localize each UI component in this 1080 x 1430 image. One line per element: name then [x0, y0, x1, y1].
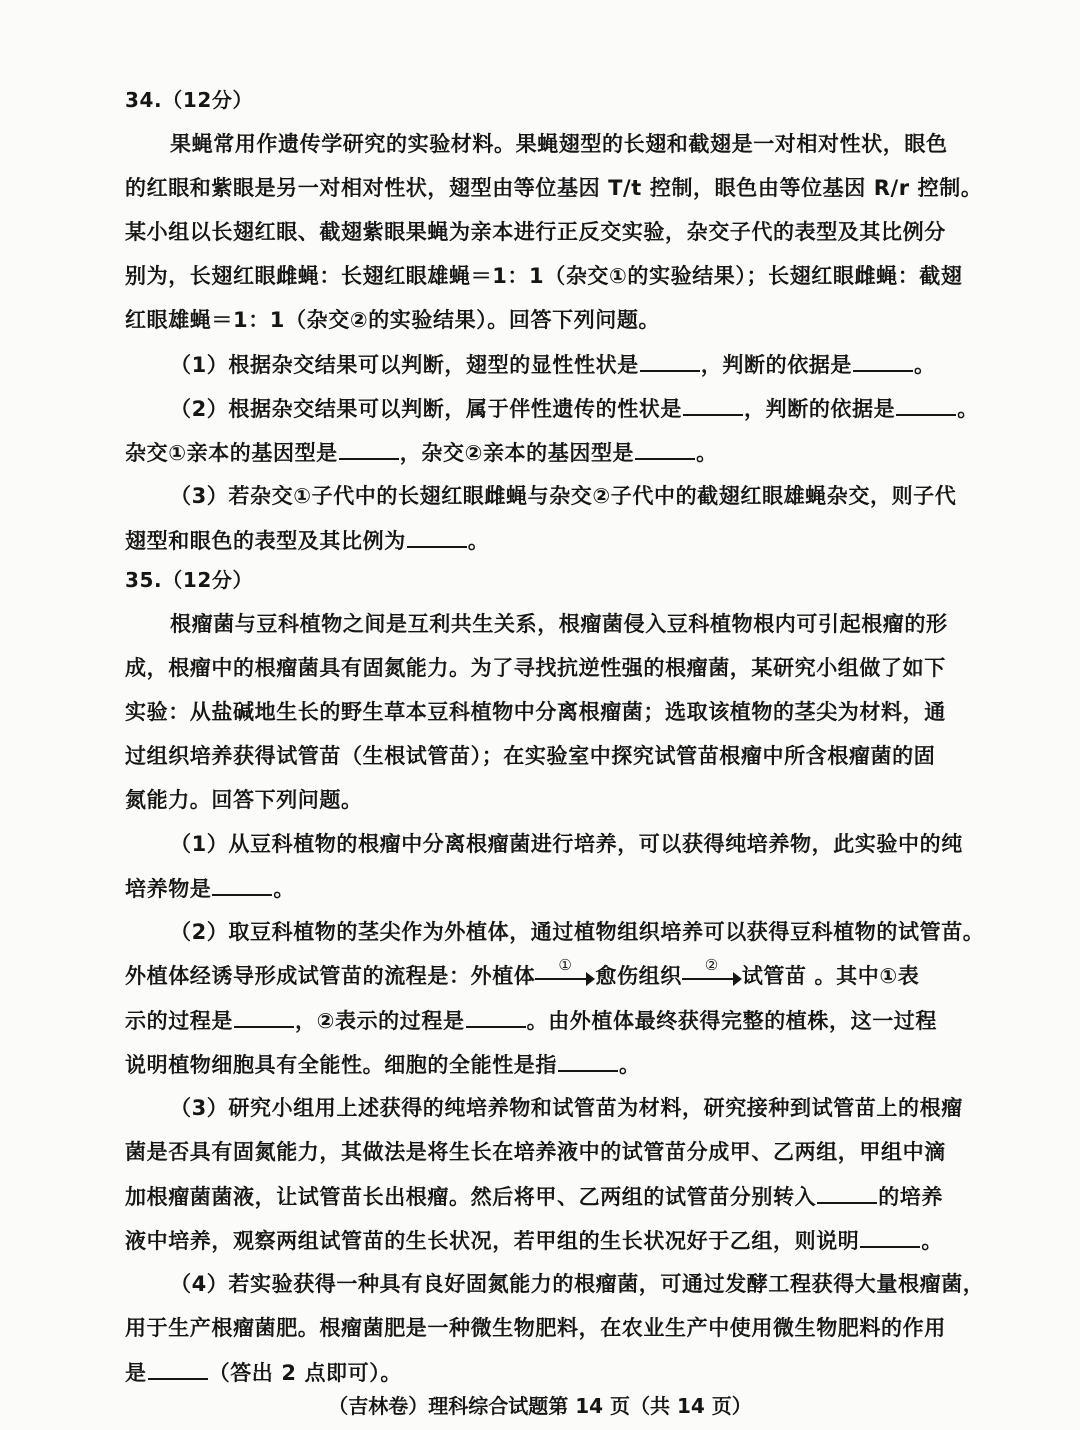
q35-sub2-line4-text-c: 。: [619, 1053, 641, 1077]
answer-blank[interactable]: [640, 350, 700, 372]
q34-sub2-text-a: （2）根据杂交结果可以判断，属于伴性遗传的性状是: [170, 397, 682, 421]
q34-text-line-1: 果蝇常用作遗传学研究的实验材料。果蝇翅型的长翅和截翅是一对相对性状，眼色: [170, 130, 948, 158]
q35-sub3-line-4: 液中培养，观察两组试管苗的生长状况，若甲组的生长状况好于乙组，则说明。: [125, 1226, 943, 1255]
q35-sub2-line-4: 说明植物细胞具有全能性。细胞的全能性是指。: [125, 1050, 641, 1079]
q35-sub3-line-1: （3）研究小组用上述获得的纯培养物和试管苗为材料，研究接种到试管苗上的根瘤: [170, 1094, 963, 1122]
process-arrow-2: ②: [682, 967, 742, 987]
answer-blank[interactable]: [853, 350, 913, 372]
answer-blank[interactable]: [407, 526, 467, 548]
q34-sub3-text-c: 。: [468, 529, 490, 553]
process-arrow-1: ①: [535, 967, 595, 987]
page-footer: （吉林卷）理科综合试题第 14 页（共 14 页）: [0, 1390, 1080, 1419]
q34-sub2b-text-a: 杂交①亲本的基因型是: [125, 441, 338, 465]
q35-sub4-line-1: （4）若实验获得一种具有良好固氮能力的根瘤菌，可通过发酵工程获得大量根瘤菌，: [170, 1270, 984, 1298]
answer-blank[interactable]: [466, 1006, 526, 1028]
q34-text-line-3: 某小组以长翅红眼、截翅紫眼果蝇为亲本进行正反交实验，杂交子代的表型及其比例分: [125, 218, 946, 246]
q34-text-line-2: 的红眼和紫眼是另一对相对性状，翅型由等位基因 T/t 控制，眼色由等位基因 R/…: [125, 174, 982, 202]
arrow-right-icon: [586, 972, 595, 986]
q35-sub2-line3-text-c: 。由外植体最终获得完整的植株，这一过程: [527, 1009, 937, 1033]
q35-sub2-line3-text-b: ，②表示的过程是: [295, 1009, 465, 1033]
q35-sub2-line-2: 外植体经诱导形成试管苗的流程是：外植体①愈伤组织②试管苗 。其中①表: [125, 962, 919, 990]
q34-sub2b-text-c: 。: [696, 441, 718, 465]
q34-sub3-line-2: 翅型和眼色的表型及其比例为。: [125, 526, 489, 555]
arrow-shaft: [535, 978, 589, 980]
q35-sub3-line3-text-c: 的培养: [878, 1185, 943, 1209]
answer-blank[interactable]: [860, 1226, 920, 1248]
q35-sub2-text-c: 试管苗 。其中①表: [742, 964, 920, 988]
q35-heading: 35.（12分）: [125, 566, 253, 594]
q35-text-line-4: 过组织培养获得试管苗（生根试管苗）；在实验室中探究试管苗根瘤中所含根瘤菌的固: [125, 742, 935, 770]
q35-text-line-2: 成，根瘤中的根瘤菌具有固氮能力。为了寻找抗逆性强的根瘤菌，某研究小组做了如下: [125, 654, 946, 682]
q35-sub4-line-2: 用于生产根瘤菌肥。根瘤菌肥是一种微生物肥料，在农业生产中使用微生物肥料的作用: [125, 1314, 946, 1342]
q34-sub2: （2）根据杂交结果可以判断，属于伴性遗传的性状是，判断的依据是。: [170, 394, 979, 423]
arrow-shaft: [682, 978, 736, 980]
answer-blank[interactable]: [635, 438, 695, 460]
q35-text-line-5: 氮能力。回答下列问题。: [125, 786, 363, 814]
q34-sub1: （1）根据杂交结果可以判断，翅型的显性性状是，判断的依据是。: [170, 350, 936, 379]
q35-sub3-line-3: 加根瘤菌菌液，让试管苗长出根瘤。然后将甲、乙两组的试管苗分别转入的培养: [125, 1182, 943, 1211]
q35-sub2-line4-text-a: 说明植物细胞具有全能性。细胞的全能性是指: [125, 1053, 557, 1077]
q34-heading: 34.（12分）: [125, 86, 253, 114]
answer-blank[interactable]: [683, 394, 743, 416]
q35-sub2-text-b: 愈伤组织: [595, 964, 681, 988]
q35-sub3-line4-text-a: 液中培养，观察两组试管苗的生长状况，若甲组的生长状况好于乙组，则说明: [125, 1229, 859, 1253]
answer-blank[interactable]: [234, 1006, 294, 1028]
q35-sub1-text-a: 培养物是: [125, 877, 211, 901]
q35-sub4-text-a: 是: [125, 1361, 147, 1385]
q34-text-line-5: 红眼雄蝇＝1：1（杂交②的实验结果）。回答下列问题。: [125, 306, 660, 334]
q35-sub4-text-c: （答出 2 点即可）。: [209, 1361, 402, 1385]
q35-sub1-line-1: （1）从豆科植物的根瘤中分离根瘤菌进行培养，可以获得纯培养物，此实验中的纯: [170, 830, 963, 858]
answer-blank[interactable]: [817, 1182, 877, 1204]
q35-sub3-line-2: 菌是否具有固氮能力，其做法是将生长在培养液中的试管苗分成甲、乙两组，甲组中滴: [125, 1138, 946, 1166]
q34-sub2-text-c: 。: [957, 397, 979, 421]
answer-blank[interactable]: [558, 1050, 618, 1072]
arrow-right-icon: [733, 972, 742, 986]
q35-sub1-line-2: 培养物是。: [125, 874, 295, 903]
answer-blank[interactable]: [339, 438, 399, 460]
q34-sub1-text-a: （1）根据杂交结果可以判断，翅型的显性性状是: [170, 353, 639, 377]
q34-text-line-4: 别为，长翅红眼雌蝇：长翅红眼雄蝇＝1：1（杂交①的实验结果）；长翅红眼雌蝇：截翅: [125, 262, 963, 290]
q35-sub1-text-c: 。: [273, 877, 295, 901]
q34-sub2b-text-b: ，杂交②亲本的基因型是: [400, 441, 634, 465]
q35-sub3-line4-text-c: 。: [921, 1229, 943, 1253]
q35-sub2-line-3: 示的过程是，②表示的过程是。由外植体最终获得完整的植株，这一过程: [125, 1006, 937, 1035]
q35-text-line-3: 实验：从盐碱地生长的野生草本豆科植物中分离根瘤菌；选取该植物的茎尖为材料，通: [125, 698, 946, 726]
q34-sub3-text-a: 翅型和眼色的表型及其比例为: [125, 529, 406, 553]
q35-sub3-line3-text-a: 加根瘤菌菌液，让试管苗长出根瘤。然后将甲、乙两组的试管苗分别转入: [125, 1185, 816, 1209]
q34-sub2-text-b: ，判断的依据是: [744, 397, 895, 421]
answer-blank[interactable]: [148, 1358, 208, 1380]
exam-page: 34.（12分） 果蝇常用作遗传学研究的实验材料。果蝇翅型的长翅和截翅是一对相对…: [0, 0, 1080, 1430]
q35-sub4-line-3: 是（答出 2 点即可）。: [125, 1358, 402, 1387]
q35-text-line-1: 根瘤菌与豆科植物之间是互利共生关系，根瘤菌侵入豆科植物根内可引起根瘤的形: [170, 610, 948, 638]
q34-sub1-text-b: ，判断的依据是: [701, 353, 852, 377]
q34-sub2-genotypes: 杂交①亲本的基因型是，杂交②亲本的基因型是。: [125, 438, 718, 467]
q35-sub2-text-a: 外植体经诱导形成试管苗的流程是：外植体: [125, 964, 535, 988]
q35-sub2-line-1: （2）取豆科植物的茎尖作为外植体，通过植物组织培养可以获得豆科植物的试管苗。: [170, 918, 984, 946]
q34-sub1-text-c: 。: [914, 353, 936, 377]
q35-sub2-line3-text-a: 示的过程是: [125, 1009, 233, 1033]
answer-blank[interactable]: [896, 394, 956, 416]
answer-blank[interactable]: [212, 874, 272, 896]
q34-sub3-line-1: （3）若杂交①子代中的长翅红眼雌蝇与杂交②子代中的截翅红眼雄蝇杂交，则子代: [170, 482, 956, 510]
